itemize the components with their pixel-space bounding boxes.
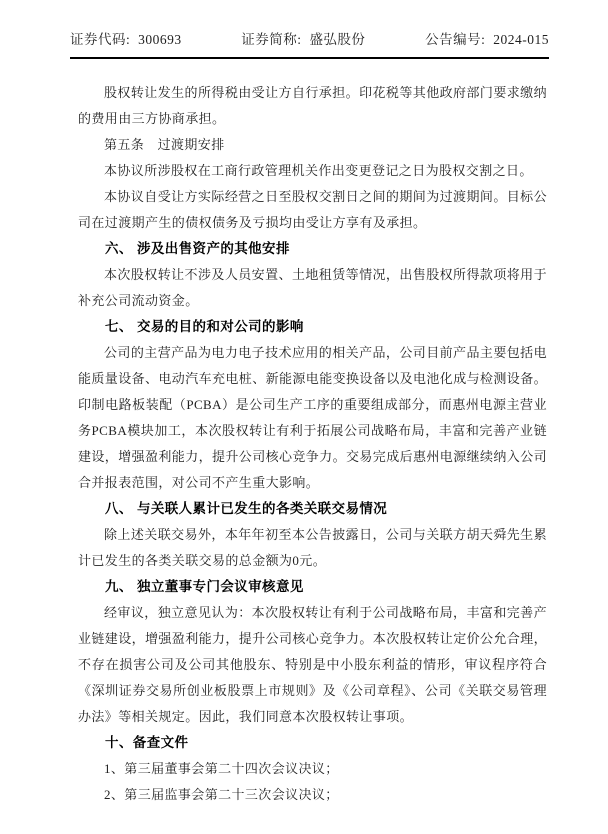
list-item-supervisory-resolution: 2、第三届监事会第二十三次会议决议； [78,782,547,808]
paragraph-other-arrangements: 本次股权转让不涉及人员安置、土地租赁等情况，出售股权所得款项将用于补充公司流动资… [78,262,547,314]
clause-heading-transition-period: 第五条 过渡期安排 [78,132,547,158]
stock-name-label: 证券简称: [241,32,301,47]
section-heading-6-other-arrangements: 六、 涉及出售资产的其他安排 [78,236,547,262]
section-heading-9-independent-directors-opinion: 九、 独立董事专门会议审核意见 [78,574,547,600]
announcement-number-value: 2024-015 [493,32,549,47]
announcement-number-label: 公告编号: [425,32,485,47]
paragraph-registration-date: 本协议所涉股权在工商行政管理机关作出变更登记之日为股权交割之日。 [78,158,547,184]
stock-name-field: 证券简称: 盛弘股份 [241,28,365,48]
stock-name-value: 盛弘股份 [309,32,365,47]
paragraph-purpose-impact: 公司的主营产品为电力电子技术应用的相关产品，公司目前产品主要包括电能质量设备、电… [78,340,547,496]
paragraph-related-transactions: 除上述关联交易外，本年年初至本公告披露日，公司与关联方胡天舜先生累计已发生的各类… [78,522,547,574]
stock-code-field: 证券代码: 300693 [70,28,182,48]
section-heading-7-purpose-impact: 七、 交易的目的和对公司的影响 [78,314,547,340]
paragraph-independent-directors-opinion: 经审议，独立意见认为：本次股权转让有利于公司战略布局，丰富和完善产业链建设，增强… [78,600,547,730]
document-page: 证券代码: 300693 证券简称: 盛弘股份 公告编号: 2024-015 股… [0,0,608,834]
document-header: 证券代码: 300693 证券简称: 盛弘股份 公告编号: 2024-015 [70,28,549,59]
paragraph-transition-terms: 本协议自受让方实际经营之日至股权交割日之间的期间为过渡期间。目标公司在过渡期产生… [78,184,547,236]
list-item-board-resolution: 1、第三届董事会第二十四次会议决议； [78,756,547,782]
announcement-number-field: 公告编号: 2024-015 [425,28,549,48]
section-heading-10-reference-documents: 十、备查文件 [78,730,547,756]
paragraph-tax-burden: 股权转让发生的所得税由受让方自行承担。印花税等其他政府部门要求缴纳的费用由三方协… [78,80,547,132]
document-body: 股权转让发生的所得税由受让方自行承担。印花税等其他政府部门要求缴纳的费用由三方协… [78,80,547,808]
stock-code-value: 300693 [138,32,182,47]
section-heading-8-related-transactions: 八、 与关联人累计已发生的各类关联交易情况 [78,496,547,522]
stock-code-label: 证券代码: [70,32,130,47]
